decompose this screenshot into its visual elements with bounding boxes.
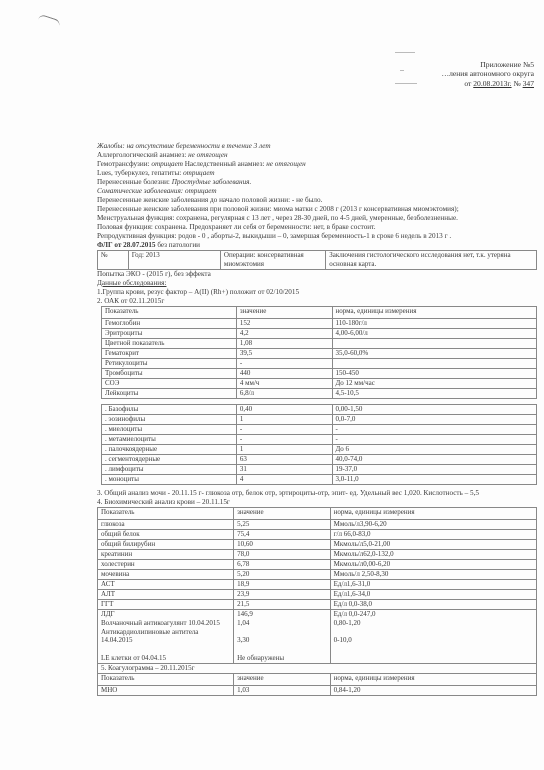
header-org: …ления автономного округа xyxy=(441,69,534,78)
anamnesis-line: Перенесенные женские заболевания до нача… xyxy=(97,196,537,205)
table-row: холестерин6,78Мкмоль/л0,00-6,20 xyxy=(98,560,537,570)
table-row: . лимфоциты3119-37,0 xyxy=(102,465,537,475)
anamnesis-line: Соматические заболевания: отрицает xyxy=(97,187,537,196)
table-row: креатинин78,0Мкмоль/л62,0-132,0 xyxy=(98,550,537,560)
anamnesis-line: Перенесенные болезни: Простудные заболев… xyxy=(97,178,537,187)
coag-title-row: 5. Коагулограмма – 20.11.2015г xyxy=(98,664,537,674)
ops-histology: Заключения гистологического исследования… xyxy=(326,251,537,270)
exam-title: Данные обследования: xyxy=(97,279,537,288)
oak-title: 2. ОАК от 02.11.2015г xyxy=(97,297,537,306)
operations-table: № Год: 2013 Операции: консервативная мио… xyxy=(97,250,537,270)
anamnesis-line: Гемотрансфузии: отрицает Наследственный … xyxy=(97,160,537,169)
document-header: Приложение №5 …ления автономного округа … xyxy=(441,60,534,88)
table-row: . палочкоядерные1До 6 xyxy=(102,445,537,455)
anamnesis-line: Половая функция: сохранена. Предохраняет… xyxy=(97,223,537,232)
table-row: . Базофилы0,400,00-1,50 xyxy=(102,405,537,415)
scan-artifact xyxy=(400,70,404,71)
header-date: 20.08.2013г. xyxy=(473,79,511,88)
ops-operation: Операции: консервативная миомэктомия xyxy=(220,251,325,270)
anamnesis-section: Жалобы: на отсутствие беременности в теч… xyxy=(97,142,537,241)
table-row: общий белок75,4г/л 66,0-83,0 xyxy=(98,530,537,540)
table-row: Эритроциты4,24,00-6,00/л xyxy=(102,329,537,339)
eco-line: Попытка ЭКО - (2015 г), без эффекта xyxy=(97,270,537,279)
biochem-table: Показатель значение норма, единицы измер… xyxy=(97,507,537,664)
table-row: СОЭ4 мм/чДо 12 мм/час xyxy=(102,379,537,389)
biochem-title: 4. Биохимический анализ крови – 20.11.15… xyxy=(97,498,537,507)
scan-artifact xyxy=(395,52,415,53)
table-row: АСТ18,9Ед/л1,6-31,0 xyxy=(98,580,537,590)
oak-diff-table: . Базофилы0,400,00-1,50. эозинофилы10,0-… xyxy=(101,404,537,485)
table-row: . миелоциты-- xyxy=(102,425,537,435)
table-header-row: Показатель значение норма, единицы измер… xyxy=(102,307,537,319)
header-date-line: от 20.08.2013г. № 347 xyxy=(441,79,534,88)
document-body: Жалобы: на отсутствие беременности в теч… xyxy=(97,142,537,696)
anamnesis-line: Перенесенные женские заболевания при пол… xyxy=(97,205,537,214)
table-row: общий билирубин10,60Мкмоль/л5,0-21,00 xyxy=(98,540,537,550)
scan-artifact xyxy=(395,83,417,84)
table-row: . эозинофилы10,0-7,0 xyxy=(102,415,537,425)
table-row: . моноциты43,0-11,0 xyxy=(102,475,537,485)
anamnesis-line: Lues, туберкулез, гепатиты: отрицает xyxy=(97,169,537,178)
table-row: Гемоглобин152110-180г/л xyxy=(102,319,537,329)
table-row: . сегментоядерные6340,0-74,0 xyxy=(102,455,537,465)
table-row: Ретикулоциты- xyxy=(102,359,537,369)
anamnesis-line: Жалобы: на отсутствие беременности в теч… xyxy=(97,142,537,151)
anamnesis-line: Аллергологический анамнез: не отягощен xyxy=(97,151,537,160)
flg-line: ФЛГ от 28.07.2015 без патологии xyxy=(97,241,537,250)
oak-table: Показатель значение норма, единицы измер… xyxy=(101,306,537,399)
table-row: Тромбоциты440150-450 xyxy=(102,369,537,379)
header-number: 347 xyxy=(523,79,534,88)
table-row: ГГТ21,5Ед/л 0,0-38,0 xyxy=(98,600,537,610)
ops-num: № xyxy=(98,251,129,270)
table-row: глюкоза5,25Ммоль/л3,90-6,20 xyxy=(98,520,537,530)
table-row: АЛТ23,9Ед/л1,6-34,0 xyxy=(98,590,537,600)
table-row: мочевина5,20Ммоль/л 2,50-8,30 xyxy=(98,570,537,580)
table-row: Лейкоциты6,8/л4,5-10,5 xyxy=(102,389,537,399)
appendix-label: Приложение №5 xyxy=(441,60,534,69)
coag-table: 5. Коагулограмма – 20.11.2015г Показател… xyxy=(97,664,537,696)
table-row: Цветной показатель1,08 xyxy=(102,339,537,349)
table-row: . метамиелоциты-- xyxy=(102,435,537,445)
ops-year: Год: 2013 xyxy=(128,251,220,270)
table-row: Гематокрит39,535,0-60,0% xyxy=(102,349,537,359)
table-header-row: Показатель значение норма, единицы измер… xyxy=(98,508,537,520)
blood-group-line: 1.Группа крови, резус фактор – A(II) (Rh… xyxy=(97,288,537,297)
anamnesis-line: Менструальная функция: сохранена, регуля… xyxy=(97,214,537,223)
scan-artifact xyxy=(37,14,61,29)
table-header-row: Показатель значение норма, единицы измер… xyxy=(98,673,537,685)
table-row: № Год: 2013 Операции: консервативная мио… xyxy=(98,251,537,270)
anamnesis-line: Репродуктивная функция: родов - 0 , абор… xyxy=(97,232,537,241)
table-row: МНО1,030,84-1,20 xyxy=(98,685,537,695)
table-row: ЛДГВолчаночный антикоагулянт 10.04.2015А… xyxy=(98,610,537,664)
urine-line: 3. Общий анализ мочи - 20.11.15 г- глюко… xyxy=(97,489,537,498)
